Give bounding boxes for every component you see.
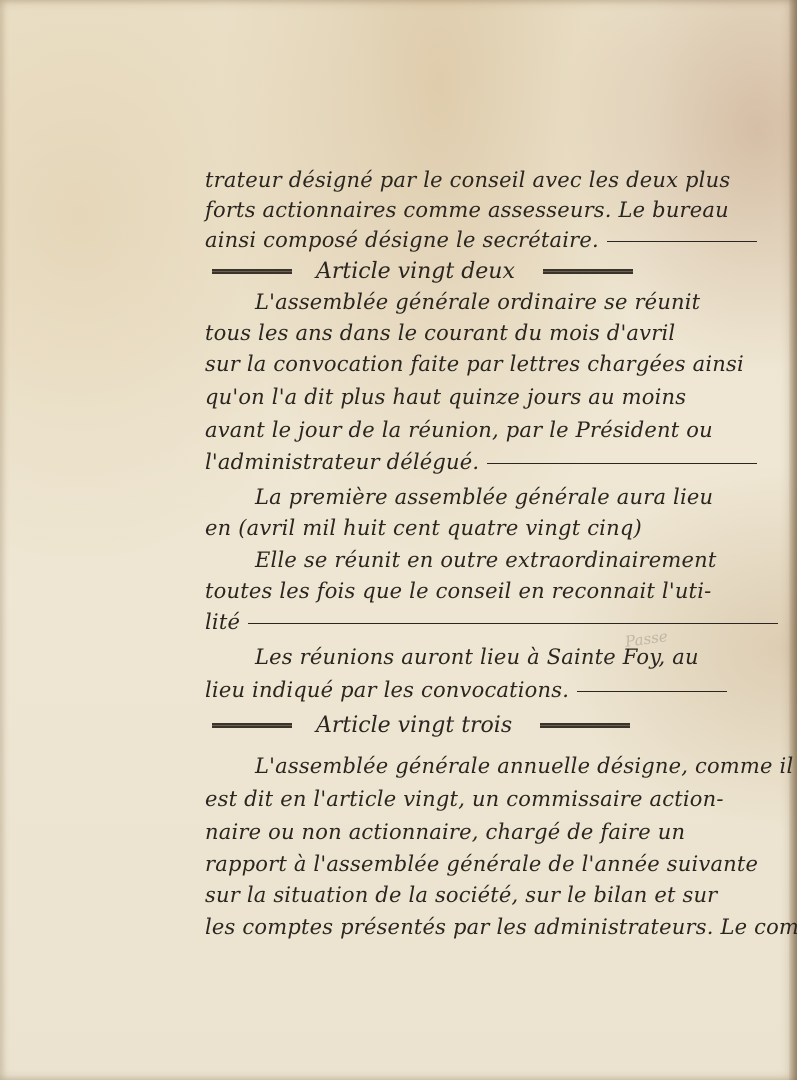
article-heading: Article vingt deux [212, 256, 633, 286]
text-line: est dit en l'article vingt, un commissai… [205, 785, 790, 813]
text-line: L'assemblée générale ordinaire se réunit [255, 288, 790, 316]
article-heading: Article vingt trois [212, 710, 630, 740]
text-line: en (avril mil huit cent quatre vingt cin… [205, 514, 790, 542]
text-line: toutes les fois que le conseil en reconn… [205, 577, 790, 605]
text-line: sur la situation de la société, sur le b… [205, 881, 790, 909]
article-22-title: Article vingt deux [316, 259, 515, 284]
text-line: naire ou non actionnaire, chargé de fair… [205, 818, 790, 846]
text-line: La première assemblée générale aura lieu [255, 483, 790, 511]
heading-rule-right [543, 269, 633, 274]
text: lité [205, 610, 240, 634]
heading-rule-right [540, 723, 630, 728]
text-line-with-rule: l'administrateur délégué. [205, 448, 790, 476]
heading-rule-left [212, 723, 292, 728]
text-line: avant le jour de la réunion, par le Prés… [205, 416, 790, 444]
text-line: les comptes présentés par les administra… [205, 913, 790, 941]
text-line: L'assemblée générale annuelle désigne, c… [255, 752, 790, 780]
line-fill-rule [487, 463, 757, 464]
line-fill-rule [577, 691, 727, 692]
text-line: trateur désigné par le conseil avec les … [205, 166, 790, 194]
article-23-title: Article vingt trois [316, 713, 512, 738]
text-line: Elle se réunit en outre extraordinaireme… [255, 546, 790, 574]
text: l'administrateur délégué. [205, 450, 479, 474]
text-line-with-rule: ainsi composé désigne le secrétaire. [205, 226, 790, 254]
text-line: sur la convocation faite par lettres cha… [205, 350, 790, 378]
text-line-with-rule: lieu indiqué par les convocations. [205, 676, 790, 704]
text-line-with-rule: lité [205, 608, 790, 636]
text: ainsi composé désigne le secrétaire. [205, 228, 599, 252]
line-fill-rule [607, 241, 757, 242]
text-line: rapport à l'assemblée générale de l'anné… [205, 850, 790, 878]
text-line: Les réunions auront lieu à Sainte Foy, a… [255, 643, 790, 671]
manuscript-page: trateur désigné par le conseil avec les … [0, 0, 797, 1080]
text-line: tous les ans dans le courant du mois d'a… [205, 319, 790, 347]
text-line: qu'on l'a dit plus haut quinze jours au … [205, 383, 790, 411]
heading-rule-left [212, 269, 292, 274]
line-fill-rule [248, 623, 778, 624]
text-line: forts actionnaires comme assesseurs. Le … [205, 196, 790, 224]
text: lieu indiqué par les convocations. [205, 678, 569, 702]
